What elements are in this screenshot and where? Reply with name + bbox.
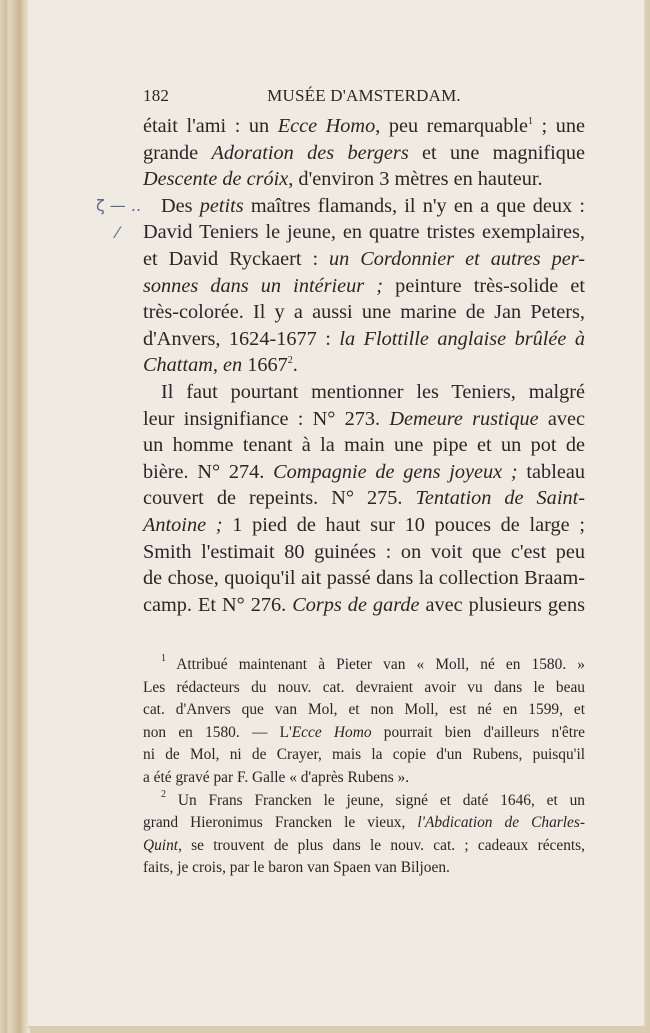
text-line: ni de Mol, ni de Crayer, mais la copie d… xyxy=(143,744,585,767)
footnote-ref: 2 xyxy=(161,789,166,800)
text-line: Des petits maîtres flamands, il n'y en a… xyxy=(143,193,585,220)
text-line: sonnes dans un intérieur ; peinture très… xyxy=(143,273,585,300)
pencil-annotation-1: ζ — .. xyxy=(96,196,141,215)
text-line: grande Adoration des bergers et une magn… xyxy=(143,140,585,167)
text-line: camp. Et N° 276. Corps de garde avec plu… xyxy=(143,592,585,619)
running-title: MUSÉE D'AMSTERDAM. xyxy=(143,86,585,106)
footnote-ref: 1 xyxy=(528,116,533,127)
text-line: un homme tenant à la main une pipe et un… xyxy=(143,432,585,459)
text-line: Descente de cróix, d'environ 3 mètres en… xyxy=(143,166,585,193)
footnote-1: 1 Attribué maintenant à Pieter van « Mol… xyxy=(143,654,585,790)
text-line: grand Hieronimus Francken le vieux, l'Ab… xyxy=(143,812,585,835)
text-line: Chattam, en 16672. xyxy=(143,352,585,379)
footnote-ref: 1 xyxy=(161,653,166,664)
text-line: cat. d'Anvers que van Mol, et non Moll, … xyxy=(143,699,585,722)
text-line: couvert de repeints. N° 275. Tentation d… xyxy=(143,485,585,512)
text-line: bière. N° 274. Compagnie de gens joyeux … xyxy=(143,459,585,486)
text-line: d'Anvers, 1624-1677 : la Flottille angla… xyxy=(143,326,585,353)
text-line: de chose, quoiqu'il ait passé dans la co… xyxy=(143,565,585,592)
footnote-ref: 2 xyxy=(288,355,293,366)
text-line: Antoine ; 1 pied de haut sur 10 pouces d… xyxy=(143,512,585,539)
text-line: 2 Un Frans Francken le jeune, signé et d… xyxy=(143,790,585,813)
paragraph-1: était l'ami : un Ecce Homo, peu remarqua… xyxy=(143,113,585,193)
text-line: très-colorée. Il y a aussi une marine de… xyxy=(143,299,585,326)
text-line: était l'ami : un Ecce Homo, peu remarqua… xyxy=(143,113,585,140)
running-header: 182 MUSÉE D'AMSTERDAM. xyxy=(143,86,585,110)
text-line: leur insignifiance : N° 273. Demeure rus… xyxy=(143,406,585,433)
page-edge-stack xyxy=(0,0,30,1033)
text-line: Quint, se trouvent de plus dans le nouv.… xyxy=(143,835,585,858)
text-line: a été gravé par F. Galle « d'après Ruben… xyxy=(143,767,585,790)
text-line: David Teniers le jeune, en quatre triste… xyxy=(143,219,585,246)
paragraph-3: Il faut pourtant mentionner les Teniers,… xyxy=(143,379,585,618)
text-line: Les rédacteurs du nouv. cat. devraient a… xyxy=(143,677,585,700)
text-line: Il faut pourtant mentionner les Teniers,… xyxy=(143,379,585,406)
body-text: était l'ami : un Ecce Homo, peu remarqua… xyxy=(143,113,585,618)
text-line: faits, je crois, par le baron van Spaen … xyxy=(143,857,585,880)
paragraph-2: Des petits maîtres flamands, il n'y en a… xyxy=(143,193,585,379)
text-line: 1 Attribué maintenant à Pieter van « Mol… xyxy=(143,654,585,677)
footnote-2: 2 Un Frans Francken le jeune, signé et d… xyxy=(143,790,585,880)
text-line: et David Ryckaert : un Cordonnier et aut… xyxy=(143,246,585,273)
text-line: non en 1580. — L'Ecce Homo pourrait bien… xyxy=(143,722,585,745)
pencil-annotation-2: ⁄ xyxy=(116,223,119,242)
footnotes: 1 Attribué maintenant à Pieter van « Mol… xyxy=(143,654,585,880)
text-line: Smith l'estimait 80 guinées : on voit qu… xyxy=(143,539,585,566)
